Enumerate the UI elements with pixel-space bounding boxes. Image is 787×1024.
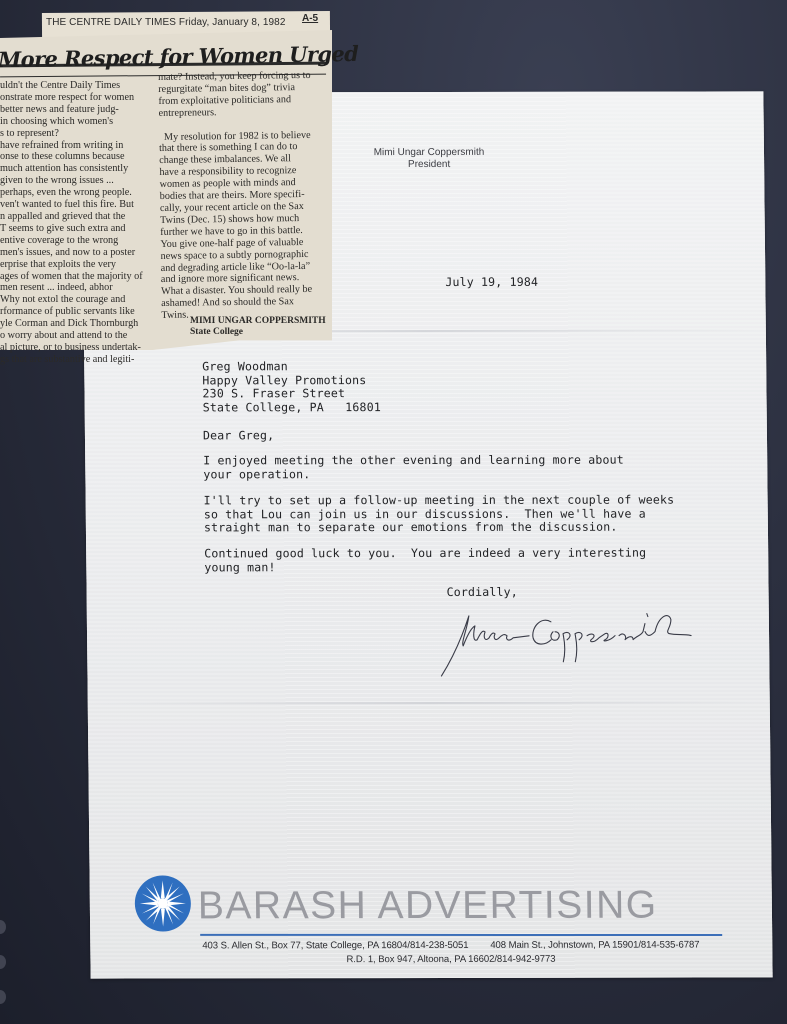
closing: Cordially,	[447, 586, 518, 600]
clipping-byline: MIMI UNGAR COPPERSMITH State College	[190, 316, 326, 338]
office-address-state-college: 403 S. Allen St., Box 77, State College,…	[202, 940, 468, 951]
clipping-column-1: uldn't the Centre Daily Times onstrate m…	[0, 80, 143, 366]
handwritten-signature	[433, 602, 704, 682]
office-address-altoona: R.D. 1, Box 947, Altoona, PA 16602/814-9…	[346, 954, 555, 965]
office-address-johnstown: 408 Main St., Johnstown, PA 15901/814-53…	[490, 940, 699, 951]
sender-title: President	[344, 159, 514, 171]
sender-name: Mimi Ungar Coppersmith	[344, 147, 514, 159]
body-paragraph-3: Continued good luck to you. You are inde…	[204, 547, 646, 575]
clipping-page-number: A-5	[302, 13, 318, 24]
barash-sunburst-logo-icon	[134, 874, 193, 932]
letter-date: July 19, 1984	[445, 276, 538, 290]
salutation: Dear Greg,	[203, 429, 274, 443]
body-paragraph-2: I'll try to set up a follow-up meeting i…	[204, 494, 675, 535]
brand-underline	[200, 934, 722, 936]
fold-line	[88, 701, 770, 704]
clipping-column-2: mate? Instead, you keep forcing us to re…	[158, 70, 314, 322]
brand-name: BARASH ADVERTISING	[198, 884, 658, 929]
clipping-masthead: THE CENTRE DAILY TIMES Friday, January 8…	[46, 17, 286, 28]
letterhead-sender: Mimi Ungar Coppersmith President	[344, 147, 514, 171]
body-paragraph-1: I enjoyed meeting the other evening and …	[203, 454, 624, 482]
recipient-address: Greg Woodman Happy Valley Promotions 230…	[202, 360, 381, 414]
